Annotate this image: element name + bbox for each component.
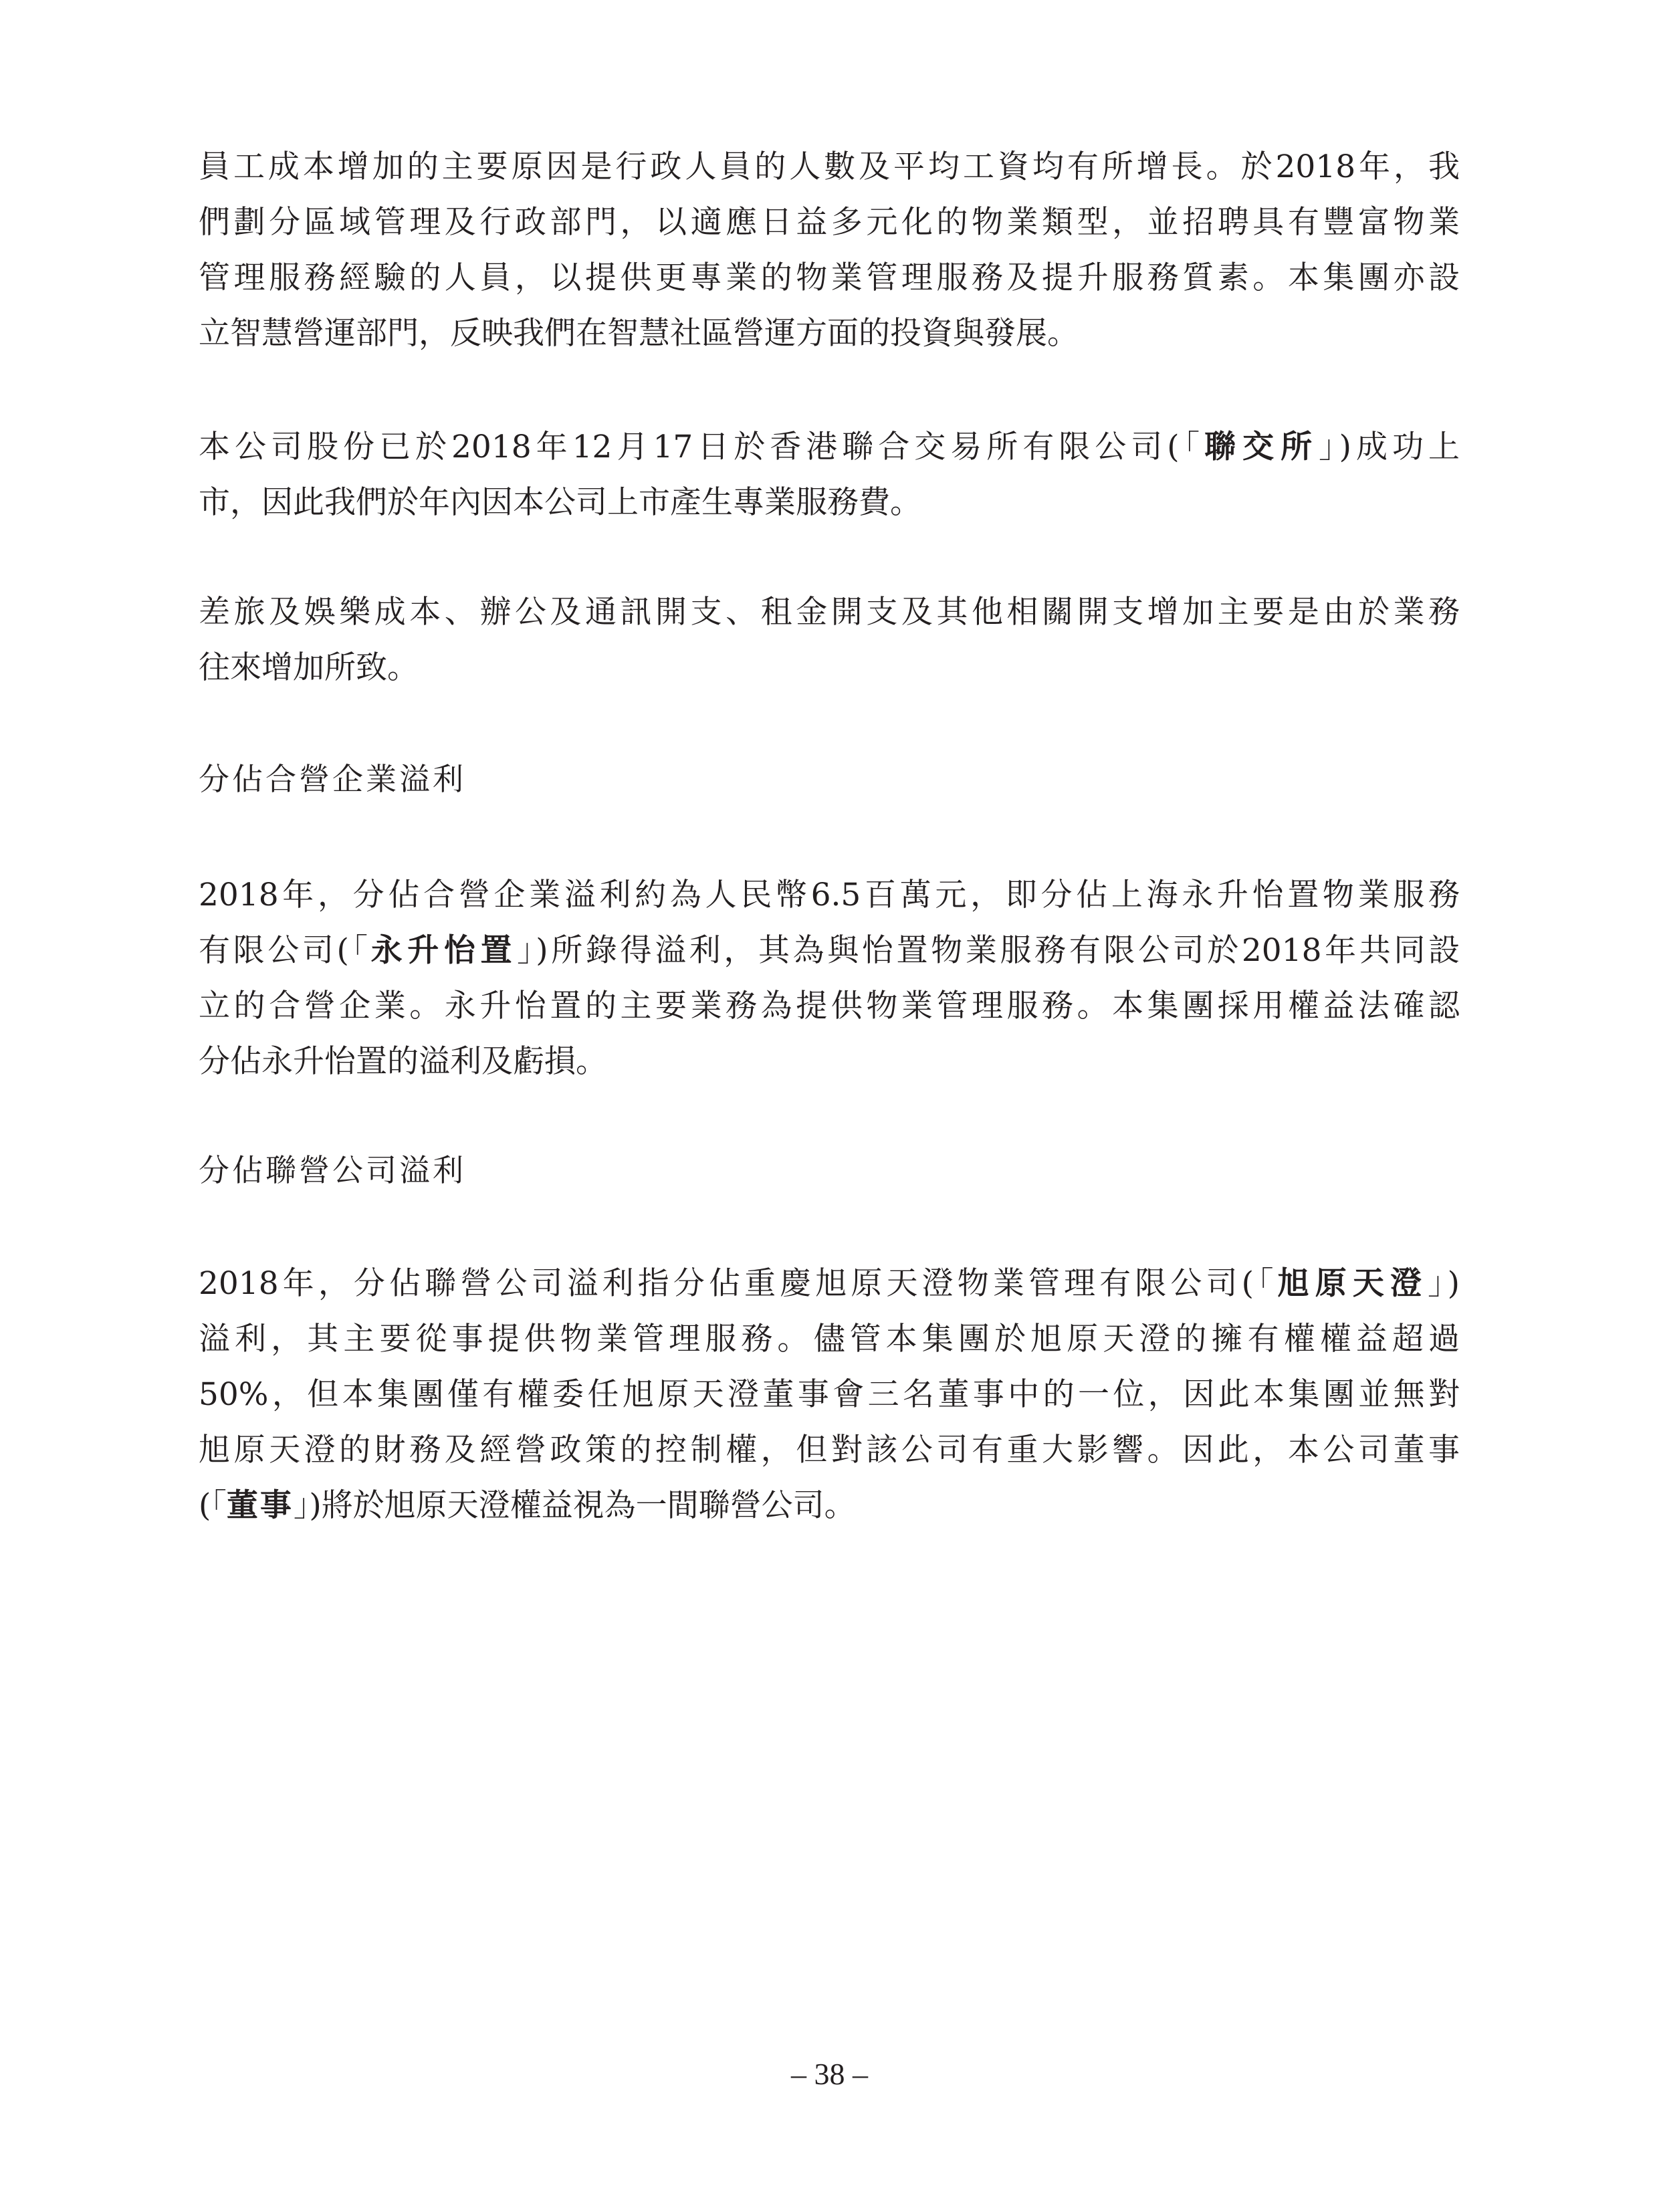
text-before-term: 2018年，分佔聯營公司溢利指分佔重慶旭原天澄物業管理有限公司(「 (199, 1265, 1278, 1302)
paragraph-4-line-2: 有限公司(「永升怡置」)所錄得溢利，其為與怡置物業服務有限公司於2018年共同設 (199, 931, 1460, 971)
paragraph-4-line-3: 立的合營企業。永升怡置的主要業務為提供物業管理服務。本集團採用權益法確認 (199, 986, 1460, 1026)
section-heading-associate-profit: 分佔聯營公司溢利 (199, 1150, 466, 1190)
text-after-term: 」)成功上 (1319, 429, 1460, 465)
section-heading-joint-venture-profit: 分佔合營企業溢利 (199, 759, 466, 799)
paragraph-5-line-3: 50%，但本集團僅有權委任旭原天澄董事會三名董事中的一位，因此本集團並無對 (199, 1375, 1460, 1415)
text-after-term: 」) (1428, 1265, 1460, 1302)
paragraph-2-line-2: 市，因此我們於年內因本公司上市產生專業服務費。 (199, 483, 1460, 523)
text-before-term: 有限公司(「 (199, 932, 371, 969)
text-before-term: 本公司股份已於2018年12月17日於香港聯合交易所有限公司(「 (199, 429, 1204, 465)
paragraph-3-line-2: 往來增加所致。 (199, 648, 1460, 688)
defined-term-stock-exchange: 聯交所 (1204, 429, 1319, 465)
paragraph-4-line-4: 分佔永升怡置的溢利及虧損。 (199, 1042, 1460, 1082)
text-before-term: (「 (199, 1487, 227, 1524)
defined-term-xuyuan-tiancheng: 旭原天澄 (1278, 1265, 1428, 1302)
paragraph-1-line-1: 員工成本增加的主要原因是行政人員的人數及平均工資均有所增長。於2018年，我 (199, 147, 1460, 187)
paragraph-2-line-1: 本公司股份已於2018年12月17日於香港聯合交易所有限公司(「聯交所」)成功上 (199, 427, 1460, 467)
paragraph-1-line-4: 立智慧營運部門，反映我們在智慧社區營運方面的投資與發展。 (199, 314, 1460, 354)
paragraph-1-line-3: 管理服務經驗的人員，以提供更專業的物業管理服務及提升服務質素。本集團亦設 (199, 258, 1460, 298)
text-after-term: 」)所錄得溢利，其為與怡置物業服務有限公司於2018年共同設 (517, 932, 1460, 969)
defined-term-yongsheng-yizhi: 永升怡置 (371, 932, 518, 969)
document-page: 員工成本增加的主要原因是行政人員的人數及平均工資均有所增長。於2018年，我 們… (0, 0, 1659, 2212)
paragraph-3-line-1: 差旅及娛樂成本、辦公及通訊開支、租金開支及其他相關開支增加主要是由於業務 (199, 592, 1460, 633)
paragraph-5-line-1: 2018年，分佔聯營公司溢利指分佔重慶旭原天澄物業管理有限公司(「旭原天澄」) (199, 1264, 1460, 1304)
page-number: – 38 – (0, 2054, 1659, 2094)
paragraph-5-line-5: (「董事」)將於旭原天澄權益視為一間聯營公司。 (199, 1486, 1460, 1526)
paragraph-4-line-1: 2018年，分佔合營企業溢利約為人民幣6.5百萬元，即分佔上海永升怡置物業服務 (199, 875, 1460, 915)
paragraph-5-line-4: 旭原天澄的財務及經營政策的控制權，但對該公司有重大影響。因此，本公司董事 (199, 1430, 1460, 1470)
defined-term-directors: 董事 (227, 1487, 294, 1524)
paragraph-1-line-2: 們劃分區域管理及行政部門，以適應日益多元化的物業類型，並招聘具有豐富物業 (199, 203, 1460, 243)
text-after-term: 」)將於旭原天澄權益視為一間聯營公司。 (294, 1487, 856, 1524)
paragraph-5-line-2: 溢利，其主要從事提供物業管理服務。儘管本集團於旭原天澄的擁有權權益超過 (199, 1319, 1460, 1359)
